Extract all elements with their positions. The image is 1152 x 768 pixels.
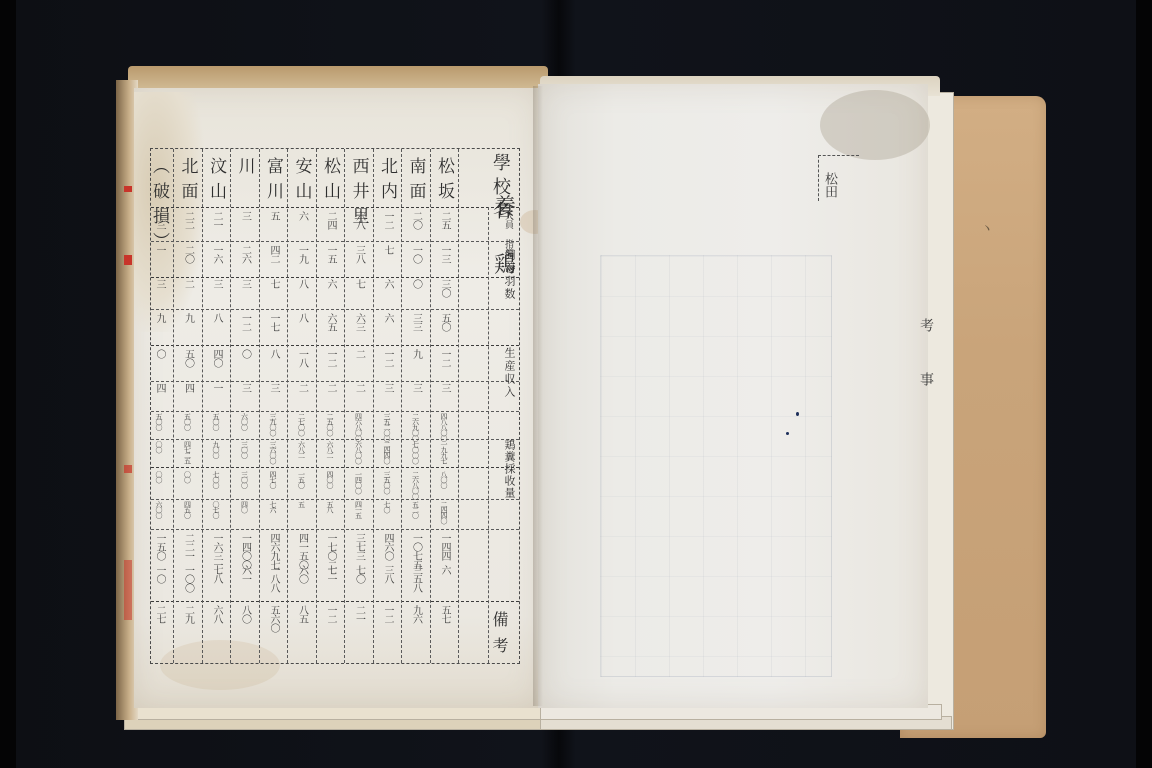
ledger-cell: 〇〇 [145,441,173,469]
ledger-cell: 六五 [316,313,344,347]
ledger-cell: 〇 [231,349,259,381]
ledger-cell: 六三 [345,313,373,347]
header-production-income: 生産収入 [501,347,517,399]
column-divider [316,149,317,663]
ledger-cell: 三 [430,383,458,411]
ledger-cell: 三九〇〇 [259,413,287,439]
ledger-cell: 六八二 [316,441,344,469]
ledger-cell: 五八 [316,501,344,531]
column-divider [173,149,174,663]
ledger-cell: 四〇 [231,501,259,531]
row-divider [151,277,519,278]
ledger-cell: 七〇 [373,501,401,531]
ledger-cell: 八 [288,279,316,311]
header-subdivider [488,207,489,663]
ledger-cell: 一〇七五 [402,533,430,563]
ledger-cell: 二二一 [174,533,202,563]
row-divider [151,411,519,412]
ledger-cell: 六 [316,279,344,311]
ledger-cell: 一六 [202,245,230,277]
ledger-cell: 一〇 [402,245,430,277]
ledger-cell: 二 [345,383,373,411]
ledger-cell: 一二 [231,313,259,347]
ledger-cell: 二六 [231,245,259,277]
ledger-cell: 一七〇二 [316,533,344,563]
ledger-cell: 三 [231,383,259,411]
ledger-cell: 一〇〇 [174,565,202,603]
ledger-cell: 六〇 [288,565,316,603]
ledger-cell: 六 [288,211,316,243]
ledger-cell: 八 [288,313,316,347]
ledger-cell: 六〇〇 [231,413,259,439]
ledger-cell: 二五 [430,211,458,243]
column-divider [287,149,288,663]
ledger-cell: 一四四 [430,533,458,563]
ledger-cell: 六〇〇 [145,501,173,531]
ledger-cell: 七〇〇〇 [402,441,430,469]
ledger-cell: 三 [231,279,259,311]
ledger-cell: 七 [373,245,401,277]
ledger-cell: 二四 [316,211,344,243]
ledger-cell: 二〇 [402,211,430,243]
ledger-cell: 二九 [174,605,202,661]
ledger-cell: 一九九七 [430,441,458,469]
ledger-cell: 三 [202,279,230,311]
ledger-cell: 四五〇 [174,501,202,531]
ledger-cell: 九 [145,313,173,347]
ledger-cell: 二 [345,349,373,381]
ledger-cell: 三三 [402,313,430,347]
ledger-cell: 一二 [316,605,344,661]
ledger-cell: 五〇 [174,349,202,381]
red-index-mark [124,186,132,192]
ledger-cell: 一五〇 [288,471,316,499]
ledger-cell: 四一五 [345,501,373,531]
fragment-header: 松田 [820,172,839,198]
ledger-cell: 一七 [259,313,287,347]
frame-edge-left [0,0,16,768]
fragment-margin-note: 考 事 [916,318,936,398]
ledger-cell: 三六〇〇 [259,441,287,469]
column-divider [430,149,431,663]
column-divider [373,149,374,663]
column-divider [230,149,231,663]
ledger-cell: 二七〇〇 [288,413,316,439]
ledger-cell: 一六三一 [202,533,230,563]
ledger-cell: 三〇〇 [231,441,259,469]
ledger-cell: 四八八〇〇 [430,413,458,439]
ledger-cell: 〇 [402,279,430,311]
school-name: 川 [231,157,259,182]
ledger-cell: 一三 [430,245,458,277]
ledger-cell: 一五 [316,245,344,277]
ledger-cell: 三五八 [402,565,430,603]
ledger-cell: 三五二〇〇 [373,413,401,439]
frame-edge-right [1136,0,1152,768]
ledger-cell: 九六 [402,605,430,661]
ledger-cell: 七 [345,279,373,311]
school-name: 北内 [373,157,401,207]
ledger-cell: 三五〇〇 [373,471,401,499]
ledger-cell: 四六八〇〇 [345,413,373,439]
ledger-cell: 二四四〇 [373,441,401,469]
ledger-cell: 一 [145,245,173,277]
ledger-cell: 一九 [288,245,316,277]
red-index-mark [124,255,132,265]
ledger-cell: 三〇〇 [231,471,259,499]
ledger-cell: 五六〇 [259,605,287,661]
bleed-through-grid [600,255,832,677]
ledger-cell: 一四〇〇 [345,471,373,499]
ledger-cell: 一八 [288,349,316,381]
ledger-cell: 四六九七 [259,533,287,563]
ledger-cell: 五 [288,501,316,531]
ledger-cell: 一三 [145,211,173,243]
ledger-cell: 三 [231,211,259,243]
header-manure-collected: 鶏糞採收量 [501,439,517,499]
ledger-cell: 一〇 [145,565,173,603]
column-divider [401,149,402,663]
ledger-cell: 四六〇 [373,533,401,563]
ledger-cell: 三 [373,383,401,411]
ledger-cell: 三八 [373,565,401,603]
header-flock-size: 飼養羽数 [501,249,517,301]
ledger-cell: 八〇 [231,605,259,661]
row-divider [151,439,519,440]
ledger-cell: 二六九〇〇 [402,413,430,439]
ledger-cell: 三 [259,383,287,411]
ledger-cell: 三七三 [345,533,373,563]
column-divider [259,149,260,663]
column-divider [458,149,459,663]
school-name: 汶山 [202,157,230,207]
ledger-cell: 〇〇 [174,471,202,499]
ledger-cell: 六一 [231,565,259,603]
ledger-cell: 五二〇 [402,501,430,531]
book-gutter [533,86,543,706]
ledger-cell: 七六 [259,501,287,531]
ledger-cell: 六 [373,279,401,311]
ledger-cell: 九〇〇 [202,441,230,469]
ledger-cell: 九 [174,313,202,347]
ledger-cell: 一二 [316,349,344,381]
ledger-cell: 五〇〇 [174,413,202,439]
ledger-cell: 二六八〇〇 [402,471,430,499]
school-name: 南面 [402,157,430,207]
ledger-cell: 二 [316,383,344,411]
ledger-cell: 四 [174,383,202,411]
poultry-ledger-table: 學校名 人員 指導 飼養羽数 生産収入 鶏糞採收量 備考 松坂二五一三三〇五〇一… [150,148,520,664]
ledger-cell: 二 [174,279,202,311]
page-stack-right-edge [926,92,954,730]
row-divider [151,207,519,208]
school-name: 富川 [259,157,287,207]
ledger-cell: 五〇〇 [202,413,230,439]
ledger-cell: 四〇〇 [316,471,344,499]
ledger-cell: 二〇 [174,245,202,277]
ink-speck [796,412,799,416]
ledger-cell: 四 [145,383,173,411]
ledger-cell: 〇〇 [145,471,173,499]
ledger-cell: 一 [202,383,230,411]
ledger-cell: 六八〇〇 [345,441,373,469]
ledger-cell: 八〇〇 [430,471,458,499]
row-divider [151,499,519,500]
red-index-mark [124,560,132,620]
ink-speck [786,432,789,435]
ledger-cell: 二 [288,383,316,411]
ledger-cell: 四〇 [202,349,230,381]
ledger-cell: 四一五〇 [288,533,316,563]
ledger-cell: 三 [402,383,430,411]
ledger-cell: 三〇 [430,279,458,311]
ledger-cell: 三八 [345,245,373,277]
ledger-cell: 二一 [202,211,230,243]
ledger-cell: 二二 [174,211,202,243]
ledger-cell: 六八二 [288,441,316,469]
ledger-cell: 六八 [345,211,373,243]
ledger-cell: 二七 [145,605,173,661]
ledger-cell: 一五〇 [145,533,173,563]
ledger-cell: 一二 [373,349,401,381]
column-divider [202,149,203,663]
ledger-cell: 六 [430,565,458,603]
cover-pencil-mark: ヽ [980,218,994,238]
ledger-cell: 一二 [430,349,458,381]
ledger-cell: 三 [145,279,173,311]
ledger-cell: 五 [259,211,287,243]
school-name: 松坂 [430,157,458,207]
ledger-cell: 八 [259,349,287,381]
ledger-cell: 六 [373,313,401,347]
school-name: 北面 [174,157,202,207]
red-index-mark [124,465,132,473]
column-divider [344,149,345,663]
ledger-cell: 一四〇〇 [231,533,259,563]
stain [820,90,930,160]
ledger-cell: 八 [202,313,230,347]
ledger-cell: 八五 [288,605,316,661]
ledger-cell: 一八八 [259,565,287,603]
ledger-cell: 二五〇〇 [316,413,344,439]
ledger-cell: 六八 [202,605,230,661]
ledger-cell: 五七 [430,605,458,661]
ledger-cell: 五〇〇 [145,413,173,439]
ledger-cell: 〇七〇 [202,501,230,531]
ledger-cell: 二四四〇 [430,501,458,531]
ledger-cell: 〇 [145,349,173,381]
ledger-cell: 四七二五 [174,441,202,469]
school-name: 松山 [316,157,344,207]
ledger-cell: 七一 [316,565,344,603]
ledger-cell: 九 [402,349,430,381]
ledger-cell: 四二 [259,245,287,277]
ledger-cell: 一二 [373,605,401,661]
ledger-cell: 七〇〇 [202,471,230,499]
ledger-cell: 一二 [373,211,401,243]
header-remarks: 備考 [488,611,511,663]
ledger-cell: 五〇 [430,313,458,347]
school-name: 安山 [288,157,316,207]
ledger-cell: 七八 [202,565,230,603]
ledger-cell: 二一 [345,605,373,661]
ledger-cell: 四七〇 [259,471,287,499]
ledger-cell: 七 [259,279,287,311]
ledger-cell: 七〇 [345,565,373,603]
row-divider [151,381,519,382]
